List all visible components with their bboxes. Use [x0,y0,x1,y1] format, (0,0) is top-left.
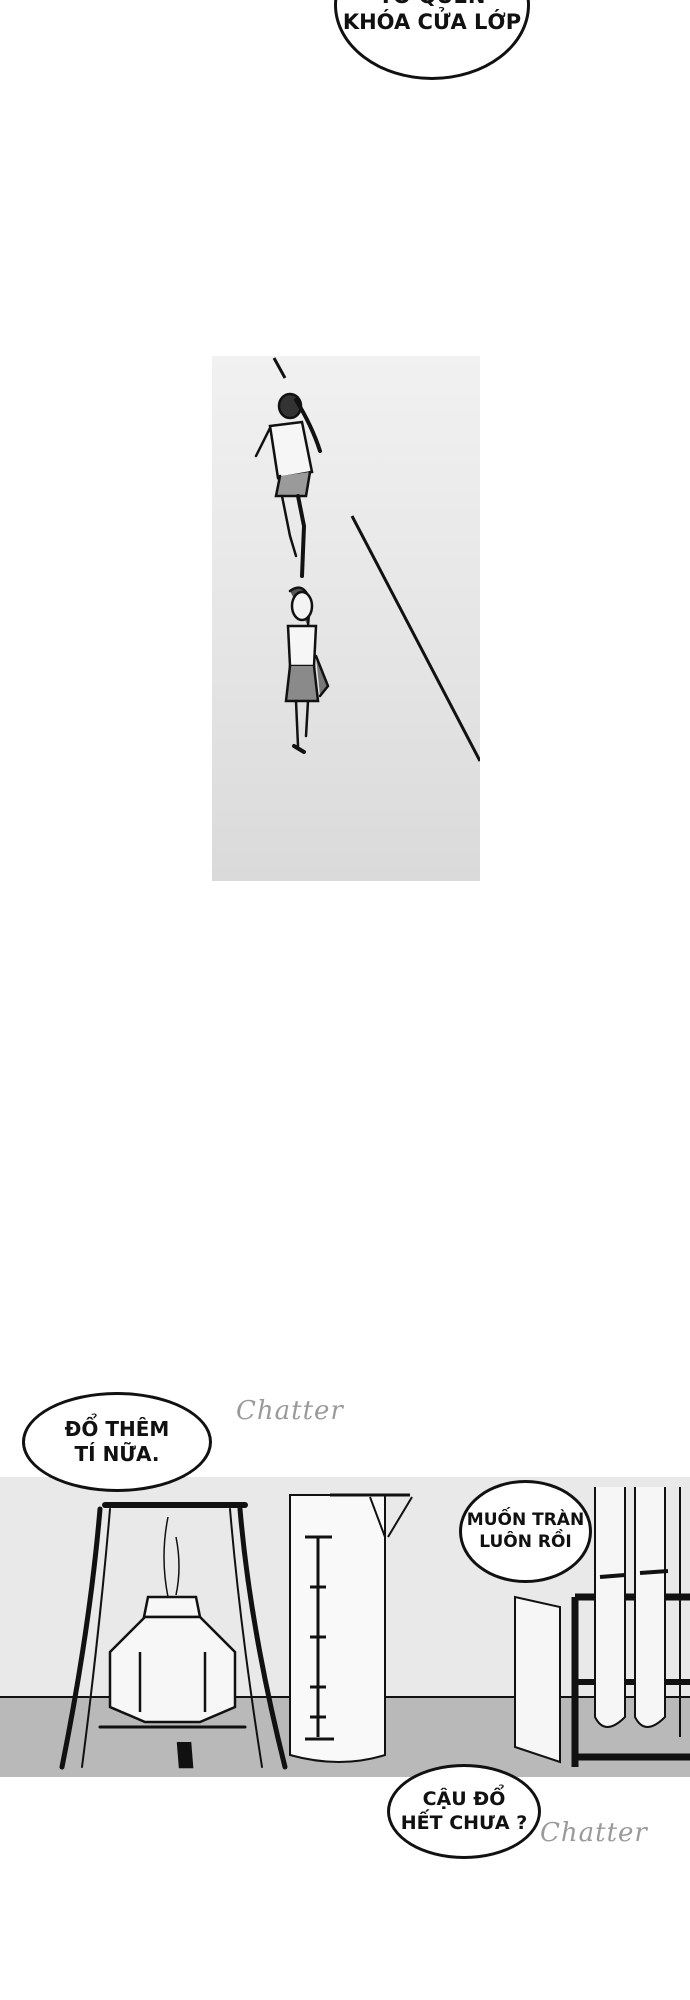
panel-hallway-running [212,356,480,881]
bubble-line: TỚ QUÊN [379,0,486,9]
speech-bubble-bottom: CẬU ĐỔ HẾT CHƯA ? [387,1764,541,1859]
watermark-chatter: Chatter [236,1396,344,1426]
bubble-line: TÍ NỮA. [75,1442,160,1467]
speech-bubble-right: MUỐN TRÀN LUÔN RỒI [459,1480,592,1583]
watermark-chatter: Chatter [540,1818,648,1848]
girl-walking-figure [286,588,328,752]
bubble-line: KHÓA CỬA LỚP [343,9,521,35]
bubble-line: MUỐN TRÀN [467,1510,584,1531]
bubble-line: HẾT CHƯA ? [401,1812,528,1836]
bubble-line: LUÔN RỒI [479,1532,572,1553]
girl-running-figure [256,394,320,576]
hallway-illustration [212,356,480,881]
speech-bubble-left: ĐỔ THÊM TÍ NỮA. [22,1392,212,1492]
speech-bubble-top: TỚ QUÊN KHÓA CỬA LỚP [334,0,530,80]
bubble-line: CẬU ĐỔ [423,1788,506,1812]
bubble-line: ĐỔ THÊM [65,1417,170,1442]
